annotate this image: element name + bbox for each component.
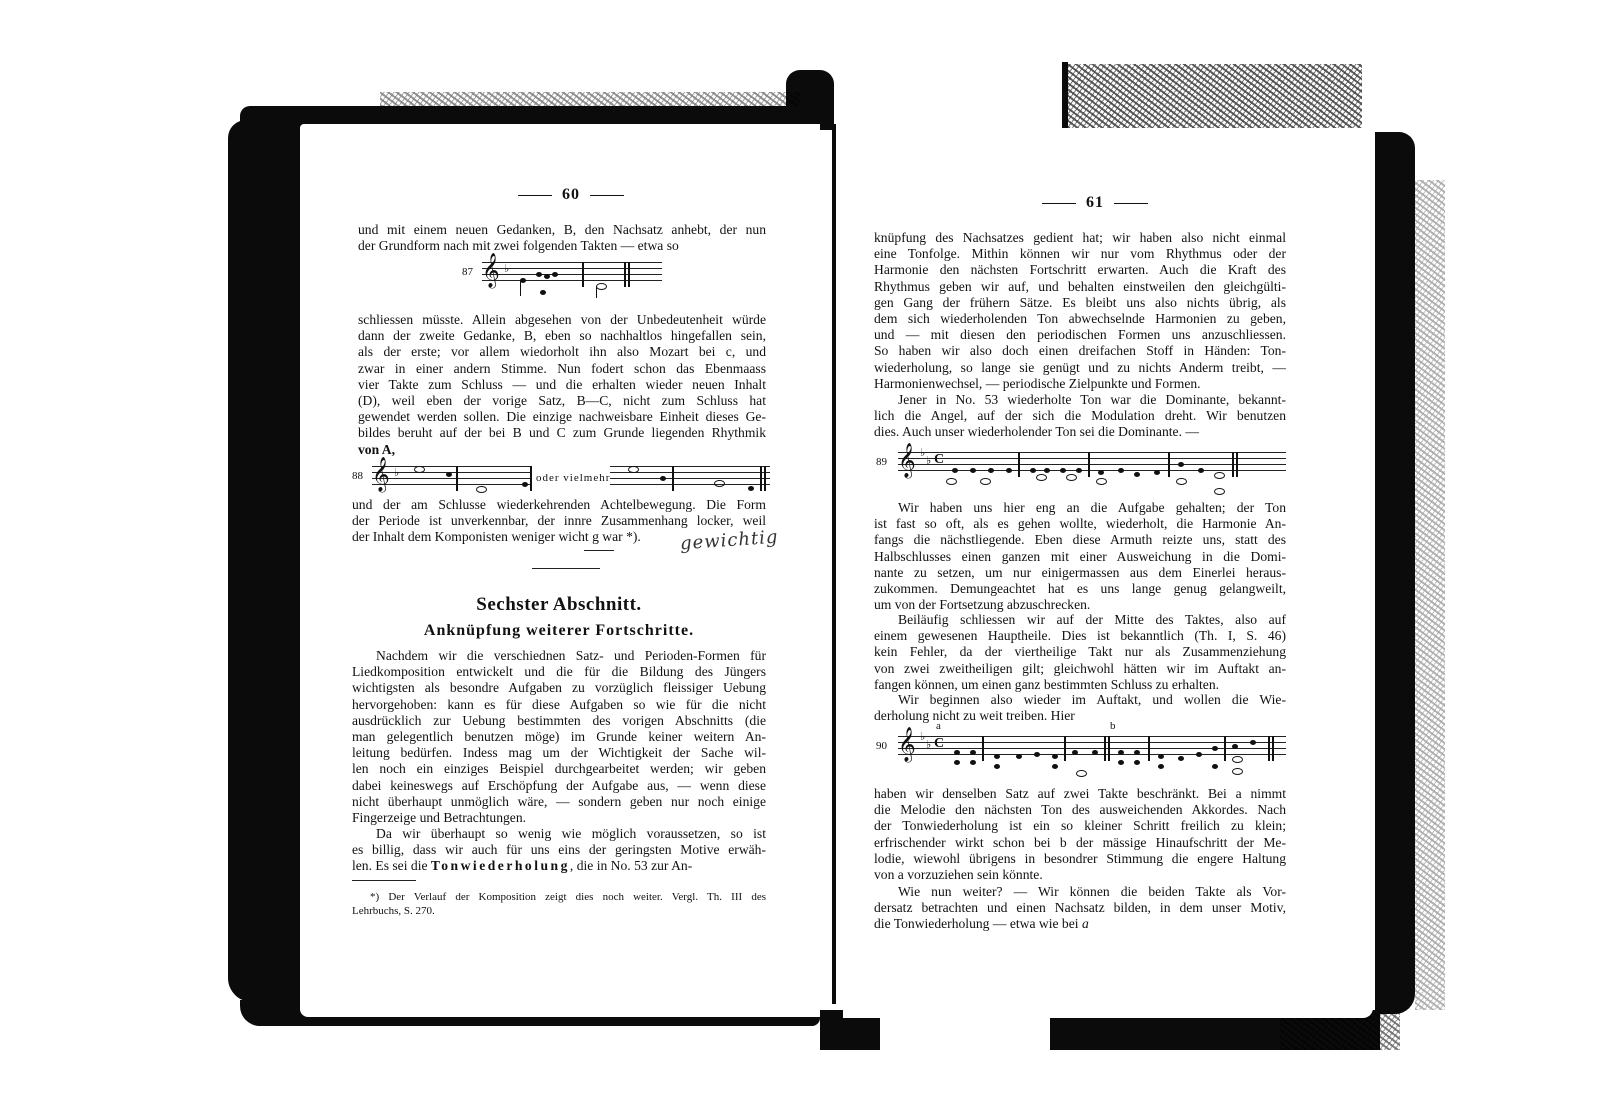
left-page-number: 60: [508, 186, 634, 204]
text-line: Harmonie den nächsten Fortschritt erwart…: [874, 262, 1286, 278]
book-scan: 60 und mit einem neuen Gedanken, B, den …: [0, 0, 1600, 1108]
text-line: So haben wir also doch einen dreifachen …: [874, 343, 1286, 359]
text-line: der Tonwiederholung ist ein so kleiner S…: [874, 818, 1286, 834]
scan-noise-bottom: [880, 1012, 1050, 1058]
text-line: schliessen müsste. Allein abgesehen von …: [358, 312, 766, 328]
emphasis: Tonwiederholung: [431, 858, 570, 873]
text-line: len noch ein einziges Beispiel durchgear…: [352, 761, 766, 777]
text-line: als der erste; vor allem wiedorholt ihn …: [358, 344, 766, 360]
text-line: von a vorzuziehen sein könnte.: [874, 867, 1286, 883]
text-line: von zwei zweitheiligen gilt; gleichwohl …: [874, 661, 1286, 677]
text-line: zukommen. Demungeachtet hat es uns lange…: [874, 581, 1286, 597]
footnote: *) Der Verlauf der Komposition zeigt die…: [352, 890, 766, 918]
text-line: Halbschlusses einen ganzen mit einer Aus…: [874, 549, 1286, 565]
scan-noise-right-edge: [1415, 180, 1445, 1010]
text-line: Wie nun weiter? — Wir können die beiden …: [874, 884, 1286, 900]
text-line: Wir beginnen also wieder im Auftakt, und…: [874, 692, 1286, 708]
text-line: Rhythmus geben wir auf, und behalten ein…: [874, 279, 1286, 295]
flat-icon: ♭: [926, 454, 931, 467]
binding-left: [228, 120, 308, 1002]
flat-icon: ♭: [926, 738, 931, 751]
example-connector: oder vielmehr: [536, 472, 610, 484]
text-line: eine Tonfolge. Mithin können wir nur vom…: [874, 246, 1286, 262]
flat-icon: ♭: [920, 446, 925, 459]
text-line: die Tonwiederholung — etwa wie bei a: [874, 916, 1286, 932]
right-paragraph-3: Wir haben uns hier eng an die Aufgabe ge…: [874, 500, 1286, 613]
music-example-88: 88 𝄞 ♭ oder vielmehr: [352, 458, 770, 498]
example-number: 87: [462, 266, 473, 278]
text-line: und — mit diesen den periodischen Formen…: [874, 327, 1286, 343]
text-line: erfrischender wirkt schon bei b der mäss…: [874, 835, 1286, 851]
scan-noise-top-right: [1062, 64, 1362, 130]
flat-icon: ♭: [394, 466, 399, 479]
text-line: nicht überhaupt unmöglich wäre, — sonder…: [352, 794, 766, 810]
right-page-number: 61: [1032, 194, 1158, 212]
text-line: gen Gang der frühern Sätze. Es bleibt un…: [874, 295, 1286, 311]
text-line: (D), weil eben der vorige Satz, B—C, nic…: [358, 393, 766, 409]
text-line: der Grundform nach mit zwei folgenden Ta…: [358, 238, 766, 254]
left-paragraph-5: Da wir überhaupt so wenig wie möglich vo…: [352, 826, 766, 875]
text-line: haben wir denselben Satz auf zwei Takte …: [874, 786, 1286, 802]
text-line: lich die Angel, auf der sich die Modulat…: [874, 408, 1286, 424]
text-line: man gelegentlich benutzen möge) im Grund…: [352, 729, 766, 745]
footnote-rule: [352, 880, 416, 881]
text-line: Fingerzeige und Betrachtungen.: [352, 810, 766, 826]
example-number: 88: [352, 470, 363, 482]
treble-clef-icon: 𝄞: [482, 254, 500, 288]
treble-clef-icon: 𝄞: [898, 444, 916, 478]
text-line: fangs die nächstliegende. Eben diese Arm…: [874, 532, 1286, 548]
music-example-90: 90 a b 𝄞 ♭ ♭ C: [876, 728, 1286, 768]
binding-right: [1375, 132, 1415, 1014]
text-line: wiederholung, so lange sie genügt und zu…: [874, 360, 1286, 376]
text-line: der Periode ist unverkennbar, der innre …: [352, 513, 766, 529]
text-line: zwar in einer andern Stimme. Nun fodert …: [358, 361, 766, 377]
text-line: vier Takte zum Schluss — und die erhalte…: [358, 377, 766, 393]
text-line: knüpfung des Nachsatzes gedient hat; wir…: [874, 230, 1286, 246]
text-line: Harmonienwechsel, — periodische Zielpunk…: [874, 376, 1286, 392]
text-line: und der am Schlusse wiederkehrenden Acht…: [352, 497, 766, 513]
text-line: wichtigsten als besondre Aufgaben zu vor…: [352, 680, 766, 696]
text-line: gewendet werden sollen. Die einzige nach…: [358, 409, 766, 425]
italic-reference: a: [1082, 916, 1089, 931]
left-paragraph-1: und mit einem neuen Gedanken, B, den Nac…: [358, 222, 766, 254]
text-line: ist fast so oft, als es gehen wollte, wi…: [874, 516, 1286, 532]
music-example-89: 89 𝄞 ♭ ♭ C: [876, 444, 1286, 484]
common-time-icon: C: [934, 452, 944, 468]
right-paragraph-7: Wie nun weiter? — Wir können die beiden …: [874, 884, 1286, 933]
text-line: und mit einem neuen Gedanken, B, den Nac…: [358, 222, 766, 238]
text-line: Wir haben uns hier eng an die Aufgabe ge…: [874, 500, 1286, 516]
text-line: dersatz betrachten und einen Nachsatz bi…: [874, 900, 1286, 916]
text-line: Jener in No. 53 wiederholte Ton war die …: [874, 392, 1286, 408]
footnote-line: Lehrbuchs, S. 270.: [352, 904, 766, 918]
text-line: hervorgehoben: kann es für diese Aufgabe…: [352, 697, 766, 713]
section-label-b: b: [1110, 720, 1116, 732]
text-line: Da wir überhaupt so wenig wie möglich vo…: [352, 826, 766, 842]
text-line: dabei keineswegs auf Erschöpfung der Auf…: [352, 778, 766, 794]
binding-tab-right: [1062, 62, 1068, 130]
text-line: um von der Fortsetzung abzuschrecken.: [874, 597, 1286, 613]
footnote-line: *) Der Verlauf der Komposition zeigt die…: [352, 890, 766, 904]
text-line: die Melodie den nächsten Ton des ausweic…: [874, 802, 1286, 818]
treble-clef-icon: 𝄞: [372, 458, 390, 492]
underline-mark: [584, 550, 614, 551]
section-label-a: a: [936, 720, 941, 732]
right-paragraph-1: knüpfung des Nachsatzes gedient hat; wir…: [874, 230, 1286, 392]
music-example-87: 87 𝄞 ♭: [462, 254, 672, 294]
text-line: bildes beruht auf der bei B und C zum Gr…: [358, 425, 766, 441]
text-line: von A,: [358, 442, 766, 458]
scan-noise-top-left: [380, 92, 800, 106]
left-paragraph-4: Nachdem wir die verschiednen Satz- und P…: [352, 648, 766, 826]
example-number: 89: [876, 456, 887, 468]
text-line: Liedkomposition entwickelt und die für d…: [352, 664, 766, 680]
common-time-icon: C: [934, 736, 944, 752]
example-number: 90: [876, 740, 887, 752]
right-paragraph-6: haben wir denselben Satz auf zwei Takte …: [874, 786, 1286, 883]
text-line: dies. Auch unser wiederholender Ton sei …: [874, 424, 1286, 440]
text-line: es billig, dass wir auch für uns eins de…: [352, 842, 766, 858]
text-line: Nachdem wir die verschiednen Satz- und P…: [352, 648, 766, 664]
right-paragraph-4: Beiläufig schliessen wir auf der Mitte d…: [874, 612, 1286, 693]
section-title: Sechster Abschnitt.: [352, 594, 766, 616]
text-line: kein Fehler, da der viertheilige Takt nu…: [874, 644, 1286, 660]
text-line: einem gewesenen Hauptheile. Dies ist bek…: [874, 628, 1286, 644]
left-paragraph-2: schliessen müsste. Allein abgesehen von …: [358, 312, 766, 458]
right-paragraph-2: Jener in No. 53 wiederholte Ton war die …: [874, 392, 1286, 441]
section-subtitle: Anknüpfung weiterer Fortschritte.: [352, 622, 766, 640]
text-line: Beiläufig schliessen wir auf der Mitte d…: [874, 612, 1286, 628]
flat-icon: ♭: [920, 730, 925, 743]
text-line: lodie, wiewohl übrigens in besondrer Sti…: [874, 851, 1286, 867]
text-line: dem sich wiederholenden Ton abwechselnde…: [874, 311, 1286, 327]
text-line: ausdrücklich zur Uebung bestimmten des v…: [352, 713, 766, 729]
flat-icon: ♭: [504, 262, 509, 275]
text-line: fangen können, um einen ganz bestimmten …: [874, 677, 1286, 693]
section-divider: [532, 568, 600, 569]
treble-clef-icon: 𝄞: [898, 728, 916, 762]
text-line: dann der zweite Gedanke, B, eben so nach…: [358, 328, 766, 344]
text-line: leitung bedürfen. Indess mag um der Wich…: [352, 745, 766, 761]
book-gutter: [832, 124, 836, 1004]
text-line: nante zu setzen, um nur einigermassen au…: [874, 565, 1286, 581]
text-line: len. Es sei die Tonwiederholung, die in …: [352, 858, 766, 874]
